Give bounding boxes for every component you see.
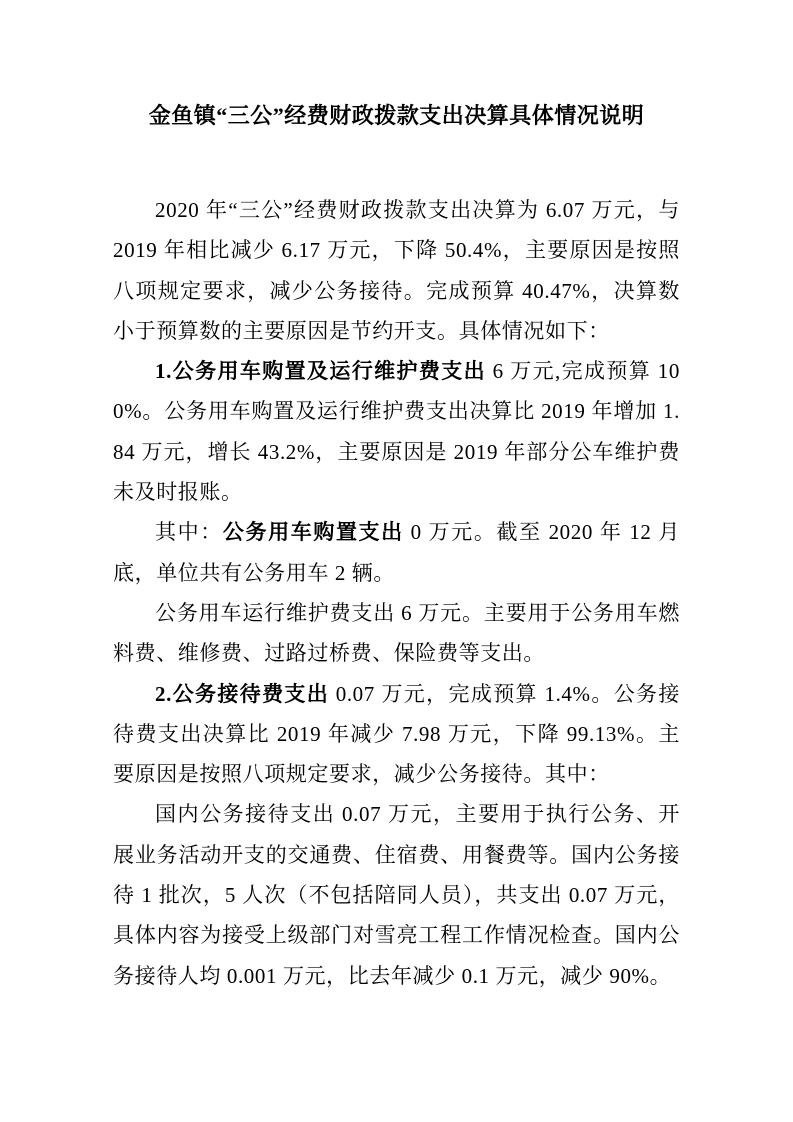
paragraph-vehicle-purchase: 其中：公务用车购置支出 0 万元。截至 2020 年 12 月底，单位共有公务用… bbox=[113, 512, 680, 593]
text-run: 其中： bbox=[155, 520, 223, 544]
paragraph-vehicle-total: 1.公务用车购置及运行维护费支出 6 万元,完成预算 100%。公务用车购置及运… bbox=[113, 351, 680, 512]
paragraph-domestic-reception: 国内公务接待支出 0.07 万元，主要用于执行公务、开展业务活动开支的交通费、住… bbox=[113, 794, 680, 995]
text-run: 2020 年“三公”经费财政拨款支出决算为 6.07 万元，与 2019 年相比… bbox=[113, 198, 680, 343]
paragraph-reception-total: 2.公务接待费支出 0.07 万元，完成预算 1.4%。公务接待费支出决算比 2… bbox=[113, 674, 680, 795]
paragraph-vehicle-maintenance: 公务用车运行维护费支出 6 万元。主要用于公务用车燃料费、维修费、过路过桥费、保… bbox=[113, 593, 680, 674]
text-run-bold: 1.公务用车购置及运行维护费支出 bbox=[155, 359, 486, 383]
document-title: 金鱼镇“三公”经费财政拨款支出决算具体情况说明 bbox=[113, 96, 680, 136]
text-run: 公务用车运行维护费支出 6 万元。主要用于公务用车燃料费、维修费、过路过桥费、保… bbox=[113, 601, 680, 665]
text-run-bold: 公务用车购置支出 bbox=[223, 520, 404, 544]
text-run: 国内公务接待支出 0.07 万元，主要用于执行公务、开展业务活动开支的交通费、住… bbox=[113, 802, 680, 987]
document-body: 2020 年“三公”经费财政拨款支出决算为 6.07 万元，与 2019 年相比… bbox=[113, 190, 680, 996]
text-run-bold: 2.公务接待费支出 bbox=[155, 682, 329, 706]
paragraph-overview: 2020 年“三公”经费财政拨款支出决算为 6.07 万元，与 2019 年相比… bbox=[113, 190, 680, 351]
document-page: 金鱼镇“三公”经费财政拨款支出决算具体情况说明 2020 年“三公”经费财政拨款… bbox=[0, 0, 793, 1122]
